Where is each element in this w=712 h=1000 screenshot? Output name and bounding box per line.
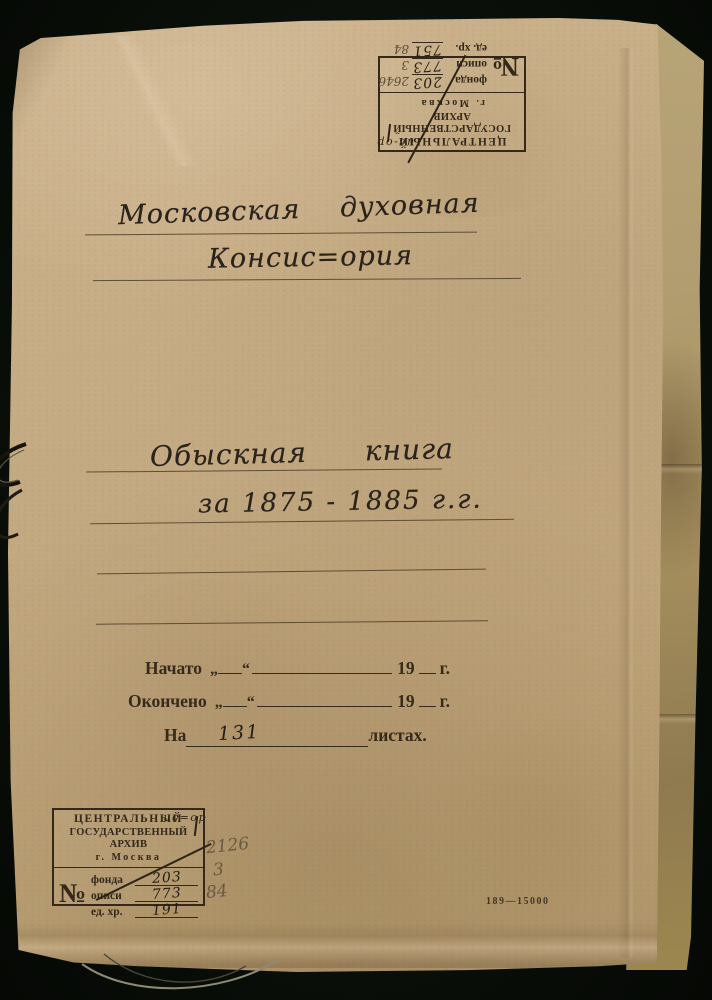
open-quote: „ bbox=[215, 694, 223, 712]
delo-value: 751 bbox=[412, 41, 443, 59]
binding-wire bbox=[70, 942, 300, 997]
number-sign: № bbox=[487, 53, 519, 80]
stamp-body: № фонда 203 2646 описи 773 3 ед. хр. 751… bbox=[380, 42, 524, 92]
day-blank bbox=[223, 706, 247, 707]
close-quote: “ bbox=[242, 661, 250, 679]
delo-note: 84 bbox=[385, 42, 412, 56]
delo-value: 191 bbox=[151, 901, 182, 919]
stamp-row-delo: ед. хр. 751 84 bbox=[385, 42, 487, 58]
stamp-header-note: ис=ор bbox=[163, 811, 207, 824]
number-sign: № bbox=[59, 880, 91, 907]
stamp-org-line2: ГОСУДАРСТВЕННЫЙ АРХИВ bbox=[380, 108, 524, 133]
print-run-code: 189—15000 bbox=[486, 896, 550, 907]
stamp-body: № фонда 203 описи 773 ед. хр. 191 bbox=[54, 868, 203, 918]
stamp-header-note: ис-ор bbox=[376, 136, 414, 149]
archive-stamp-old: ЦЕНТРАЛЬНЫЙ ис-ор ГОСУДАРСТВЕННЫЙ АРХИВ … bbox=[378, 56, 526, 152]
year-suffix: г. bbox=[440, 658, 450, 679]
stamp-org-line1: ЦЕНТРАЛЬНЫЙ ис=ор bbox=[54, 813, 203, 827]
date-range: за 1875 - 1885 г.г. bbox=[198, 485, 483, 520]
fond-note: 2646 bbox=[385, 74, 412, 88]
binding-threads bbox=[0, 430, 46, 590]
crease bbox=[8, 36, 248, 166]
close-quote: “ bbox=[247, 694, 255, 712]
year-blank bbox=[419, 706, 436, 707]
pencil-note-2: 3 bbox=[212, 860, 224, 881]
opis-value: 773 bbox=[412, 57, 443, 75]
finished-label: Окончено bbox=[128, 691, 207, 712]
crease bbox=[618, 48, 634, 958]
stamp-row-delo: ед. хр. 191 bbox=[91, 902, 198, 918]
sheets-label: листах. bbox=[368, 725, 426, 746]
printed-form: Начато „ “ 19 г. Окончено „ “ 19 г. На 1… bbox=[128, 658, 450, 757]
stamp-org-line2: ГОСУДАРСТВЕННЫЙ АРХИВ bbox=[54, 827, 203, 852]
stamp-row-opis: описи 773 3 bbox=[385, 58, 487, 74]
opis-label: описи bbox=[443, 58, 487, 70]
stamp-row-fond: фонда 203 bbox=[91, 870, 198, 886]
day-blank bbox=[218, 673, 242, 674]
sheets-count-handwritten: 131 bbox=[218, 721, 261, 745]
month-blank bbox=[257, 706, 392, 707]
stamp-org-city: г. Москва bbox=[54, 852, 203, 868]
year-blank bbox=[419, 673, 436, 674]
na-label: На bbox=[164, 725, 186, 746]
stamp-row-fond: фонда 203 2646 bbox=[385, 74, 487, 90]
delo-label: ед. хр. bbox=[91, 906, 135, 918]
month-blank bbox=[252, 673, 392, 674]
started-row: Начато „ “ 19 г. bbox=[128, 658, 450, 691]
finished-row: Окончено „ “ 19 г. bbox=[128, 691, 450, 724]
institution-title-line2: Консис=ория bbox=[208, 240, 414, 275]
stamp-org-city: г. Москва bbox=[380, 92, 524, 108]
stamp-org-line1: ЦЕНТРАЛЬНЫЙ ис-ор bbox=[380, 133, 524, 147]
fond-value: 203 bbox=[412, 73, 443, 91]
pencil-note-3: 84 bbox=[205, 881, 229, 903]
delo-label: ед. хр. bbox=[443, 42, 487, 54]
opis-note: 3 bbox=[385, 58, 412, 72]
scanned-archive-cover: ЦЕНТРАЛЬНЫЙ ис-ор ГОСУДАРСТВЕННЫЙ АРХИВ … bbox=[0, 0, 712, 1000]
started-label: Начато bbox=[145, 658, 202, 679]
open-quote: „ bbox=[210, 661, 218, 679]
year-prefix: 19 bbox=[397, 691, 415, 712]
sheets-row: На 131 листах. bbox=[128, 724, 450, 757]
year-prefix: 19 bbox=[397, 658, 415, 679]
year-suffix: г. bbox=[440, 691, 450, 712]
